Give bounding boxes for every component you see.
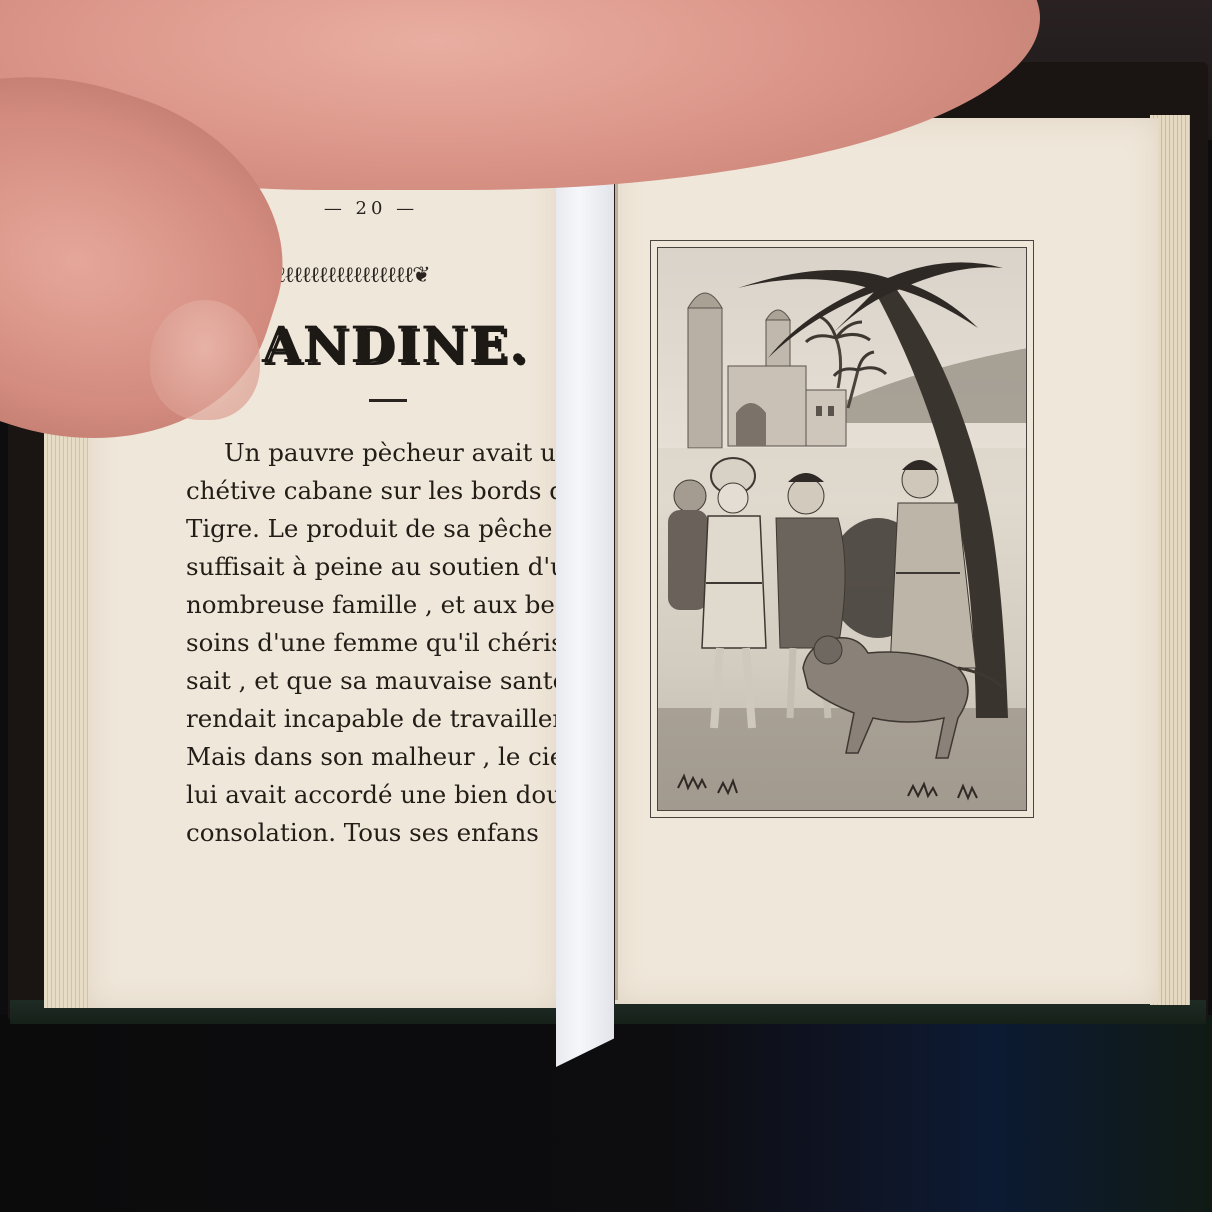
- body-line: rendait incapable de travailler: [186, 700, 558, 738]
- thumbnail-nail: [150, 300, 260, 420]
- body-line: suffisait à peine au soutien d'une: [186, 548, 558, 586]
- body-line: nombreuse famille , et aux be-: [186, 586, 558, 624]
- body-line: Tigre. Le produit de sa pêche: [186, 510, 558, 548]
- body-line: chétive cabane sur les bords du: [186, 472, 558, 510]
- body-line: consolation. Tous ses enfans: [186, 814, 558, 852]
- body-line: Un pauvre pècheur avait une: [186, 434, 558, 472]
- engraving-illustration: Four boys in tunics and a turban beside …: [650, 240, 1034, 818]
- title-rule: [369, 399, 407, 402]
- engraving-plate: Four boys in tunics and a turban beside …: [657, 247, 1027, 811]
- body-line: sait , et que sa mauvaise santé: [186, 662, 558, 700]
- page-stack-left: [44, 368, 94, 1008]
- chapter-title: ANDINE.: [262, 315, 528, 374]
- engraving-scene-icon: [658, 248, 1027, 811]
- bookmark-ribbon[interactable]: [556, 117, 614, 1067]
- ornamental-rule: ℓℓℓℓℓℓℓℓℓℓℓℓℓℓℓℓℓℓℓ❦: [250, 262, 555, 288]
- body-line: soins d'une femme qu'il chéris-: [186, 624, 558, 662]
- body-line: lui avait accordé une bien douce: [186, 776, 558, 814]
- page-number: — 20 —: [316, 198, 426, 219]
- body-text: Un pauvre pècheur avait une chétive caba…: [186, 434, 558, 852]
- body-line: Mais dans son malheur , le ciel: [186, 738, 558, 776]
- background-bottom: [0, 1015, 1212, 1212]
